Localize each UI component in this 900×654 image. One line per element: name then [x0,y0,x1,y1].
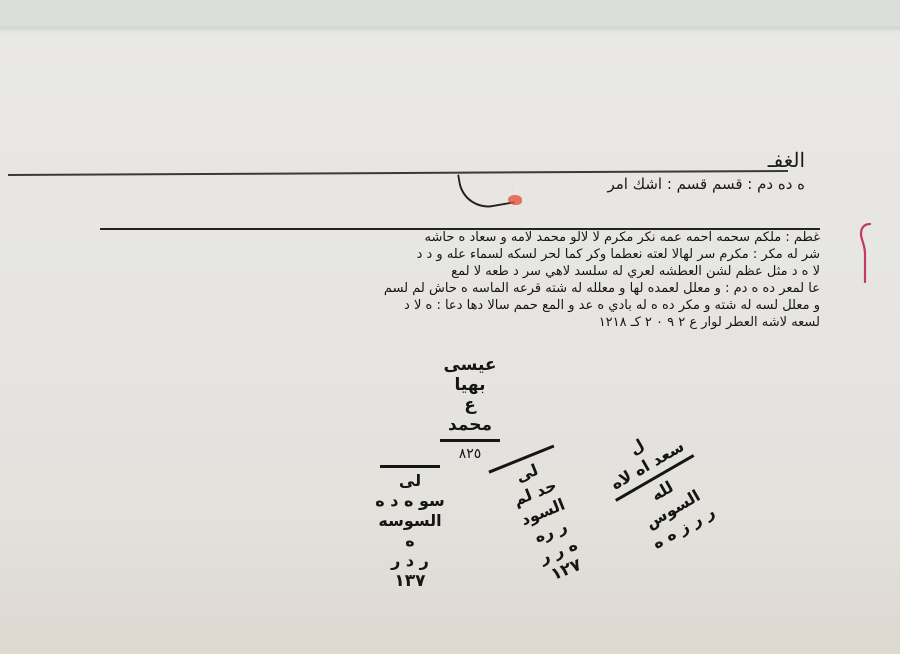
margin-red-mark-icon [858,222,872,284]
center-sig-number: ٨٢٥ [430,444,510,464]
header-flourish-stroke [457,166,515,212]
center-sig-line-2: بهيا [430,375,510,395]
left-sig-line-3: السوسه [355,511,465,531]
center-sig-name: محمد [430,415,510,435]
body-line-4: عا لمعر ده ه دم : و معلل لعمده لها و معل… [100,281,820,298]
left-sig-line-4: ه [355,531,465,551]
left-signature-block: لى سو ه د ه السوسه ه ر د ر ١٣٧ [355,462,465,591]
left-sig-stroke [380,465,440,468]
left-sig-line-2: سو ه د ه [355,491,465,511]
header-title: الغفـ [768,148,805,172]
center-sig-underline [440,439,500,442]
body-line-5: و معلل لسه له شته و مكر ده ه له بادي ه ع… [100,298,820,315]
body-line-6: لسعه لاشه العطر لوار ع ٢ ٩ ٠ ٢ كـ ١٢١٨ [100,315,820,332]
red-ink-mark [508,195,522,205]
page-top-edge [0,26,900,32]
document-body: غطم : ملكم سحمه احمه عمه نكر مكرم لا لال… [100,228,820,332]
body-line-3: لا ه د مثل عظم لشن العطشه لعري له سلسد ل… [100,264,820,281]
left-sig-line-1: لى [355,471,465,491]
body-line-2: شر له مكر : مكرم سر لهالا لعته نعطما وكر… [100,247,820,264]
center-sig-line-1: عيسى [430,355,510,375]
header-subtitle: ه ده دم : قسم قسم : اشك امر [607,175,805,193]
center-sig-line-3: ع [430,395,510,415]
left-sig-number: ١٣٧ [355,571,465,591]
center-signature-block: عيسى بهيا ع محمد ٨٢٥ [430,355,510,464]
body-line-1: غطم : ملكم سحمه احمه عمه نكر مكرم لا لال… [100,228,820,247]
left-sig-line-5: ر د ر [355,551,465,571]
